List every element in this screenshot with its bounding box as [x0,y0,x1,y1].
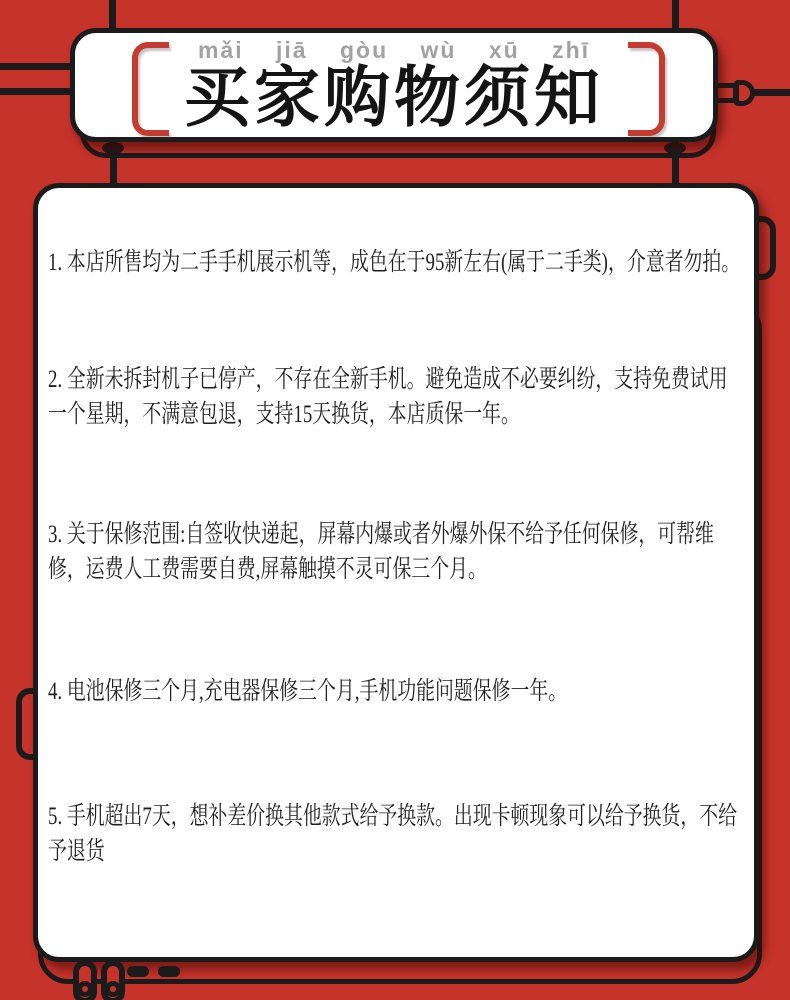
foot-capsule-icon [73,960,97,1000]
right-horizontal-line [750,89,790,96]
notice-item-1: 1. 本店所售均为二手手机展示机等，成色在于95新左右(属于二手类)，介意者勿拍… [48,245,743,280]
page-title: 买家购物须知 [75,64,713,131]
pill-dot-icon [127,966,149,977]
notice-item-3: 3. 关于保修范围:自签收快递起，屏幕内爆或者外爆外保不给予任何保修，可帮维修，… [48,517,743,587]
foot-capsule-icon [101,960,125,1000]
notice-item-2: 2. 全新未拆封机子已停产，不存在全新手机。避免造成不必要纠纷，支持免费试用一个… [48,362,743,432]
header-card: mǎi jiā gòu wù xū zhī 买家购物须知 [70,28,718,142]
left-horizontal-line-1 [0,63,76,70]
foot-circle-icon [77,981,93,997]
notice-item-4: 4. 电池保修三个月,充电器保修三个月,手机功能问题保修一年。 [48,674,743,709]
left-connector-dot-icon [102,142,124,154]
notice-card: 1. 本店所售均为二手手机展示机等，成色在于95新左右(属于二手类)，介意者勿拍… [33,183,759,962]
left-bracket-icon [132,42,169,136]
notice-item-5: 5. 手机超出7天，想补差价换其他款式给予换款。出现卡顿现象可以给予换货，不给予… [48,799,743,869]
right-bracket-icon [628,42,665,136]
pill-dot-icon [158,966,180,977]
left-horizontal-line-2 [0,88,76,95]
plug-connector-tip-icon [734,80,755,106]
foot-circle-icon [105,981,121,997]
right-connector-dot-icon [664,142,686,154]
